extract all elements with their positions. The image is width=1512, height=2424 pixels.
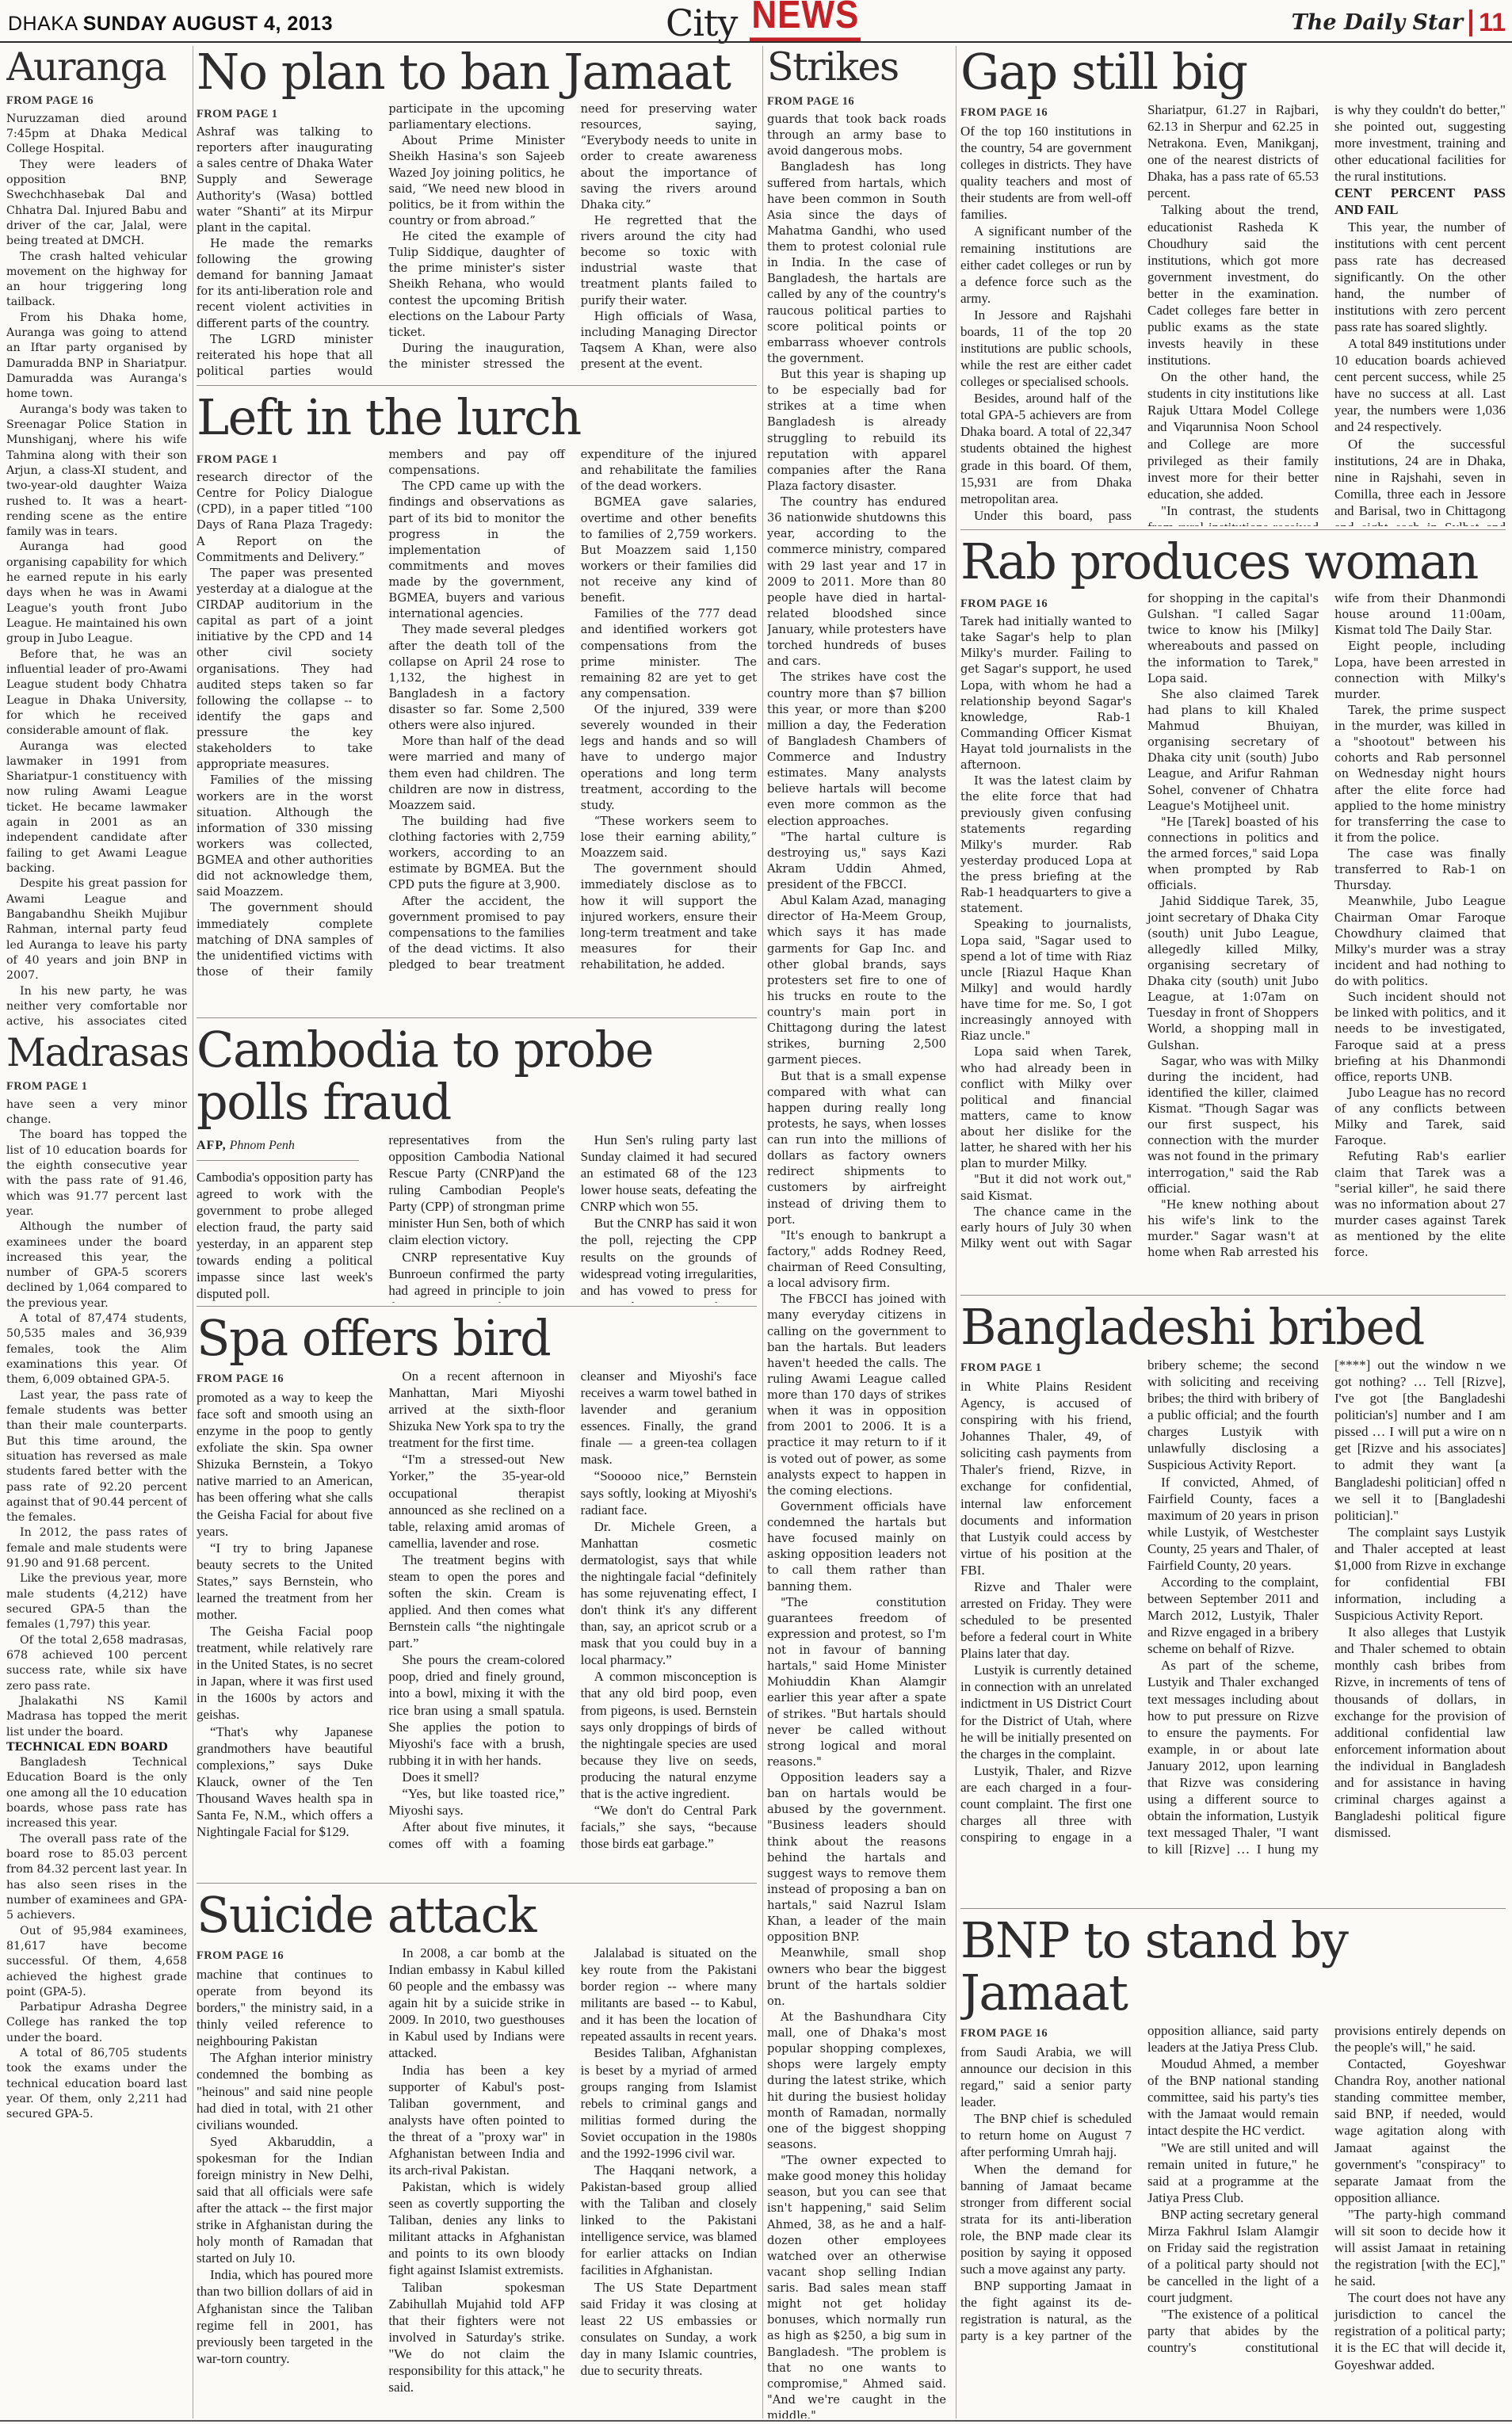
article-bnp-body: FROM PAGE 16 from Saudi Arabia, we will … [960,2022,1506,2373]
article-auranga: Auranga FROM PAGE 16 Nuruzzaman died aro… [6,46,187,1029]
article-gap: Gap still big FROM PAGE 16 Of the top 16… [960,46,1506,526]
article-divider [960,1295,1506,1296]
paragraph: In 2008, a car bomb at the Indian embass… [388,1945,564,2062]
article-suicide-kicker: FROM PAGE 16 [197,1949,372,1964]
paragraph: On the other hand, the students in city … [1147,368,1319,502]
paragraph: Meanwhile, Jubo League Chairman Omar Far… [1334,894,1506,990]
masthead-rule [0,41,1512,43]
paragraph: Meanwhile, small shop owners who bear th… [767,1945,946,2010]
article-strikes-kicker: FROM PAGE 16 [767,94,946,109]
paragraph: A significant number of the remaining in… [960,223,1132,306]
paragraph: She pours the cream-colored poop, dried … [388,1651,564,1769]
article-auranga-headline: Auranga [6,46,187,89]
article-cambodia-byline: AFP, Phnom Penh [197,1138,359,1161]
paragraph: Eight people, including Lopa, have been … [1334,639,1506,703]
paragraph: He cited the example of Tulip Siddique, … [388,229,564,341]
paragraph: CNRP representative Kuy Bunroeun confirm… [388,1249,564,1303]
article-suicide: Suicide attack FROM PAGE 16 machine that… [197,1889,757,2418]
paragraph: A total of 86,705 students took the exam… [6,2046,187,2123]
page-number: 11 [1479,8,1506,37]
paragraph: Families of the missing workers are in t… [197,773,372,900]
paragraph: Of the injured, 339 were severely wounde… [581,702,757,814]
paragraph: When the demand for banning of Jamaat be… [960,2161,1132,2278]
article-jamaat-body: FROM PAGE 1 Ashraf was talking to report… [197,101,757,380]
paragraph: He made the remarks following the growin… [197,236,372,332]
paragraph: Nuruzzaman died around 7:45pm at Dhaka M… [6,112,187,158]
article-bribed: Bangladeshi bribed FROM PAGE 1 in White … [960,1301,1506,1905]
article-suicide-text: machine that continues to operate from b… [197,1945,757,2395]
paragraph: CENT PERCENT PASS AND FAIL [1334,185,1506,218]
paragraph: Tarek had initially wanted to take Sagar… [960,614,1132,773]
masthead-right: The Daily Star 11 [1292,8,1506,37]
paragraph: But that is a small expense compared wit… [767,1069,946,1228]
article-spa-body: FROM PAGE 16 promoted as a way to keep t… [197,1368,757,1852]
paragraph: India has been a key supporter of Kabul'… [388,2062,564,2179]
paragraph: Besides, around half of the total GPA-5 … [960,390,1132,507]
paragraph: In 2012, the pass rates of female and ma… [6,1525,187,1571]
section-title: City NEWS [666,0,861,42]
paragraph: Jahid Siddique Tarek, 35, joint secretar… [1147,894,1319,1053]
paragraph: The building had five clothing factories… [388,814,564,894]
paragraph: "The constitution guarantees freedom of … [767,1595,946,1770]
paragraph: A common misconception is that any old b… [581,1668,757,1802]
article-rab-text: Tarek had initially wanted to take Sagar… [960,591,1506,1261]
paragraph: But this year is shaping up to be especi… [767,367,946,494]
article-spa-text: promoted as a way to keep the face soft … [197,1368,757,1852]
article-bribed-body: FROM PAGE 1 in White Plains Resident Age… [960,1357,1506,1857]
paragraph: "It's enough to bankrupt a factory," add… [767,1228,946,1292]
article-madrasas-headline: Madrasas [6,1032,187,1075]
paper-name: The Daily Star [1292,10,1464,35]
paragraph: The case was finally transferred to Rab-… [1334,846,1506,894]
paragraph: “These workers seem to lose their earnin… [581,814,757,861]
paragraph: About Prime Minister Sheikh Hasina's son… [388,133,564,229]
article-divider [960,1908,1506,1909]
article-rab: Rab produces woman FROM PAGE 16 Tarek ha… [960,536,1506,1292]
article-gap-body: FROM PAGE 16 Of the top 160 institutions… [960,101,1506,526]
masthead-city-label: DHAKA [8,13,77,35]
paragraph: “Yes, but like toasted rice,” Miyoshi sa… [388,1785,564,1819]
paragraph: TECHNICAL EDN BOARD [6,1740,187,1755]
paragraph: Contacted, Goyeshwar Chandra Roy, anothe… [1334,2056,1506,2206]
paragraph: The strikes have cost the country more t… [767,670,946,829]
paragraph: This year, the number of institutions wi… [1334,219,1506,336]
article-lurch-kicker: FROM PAGE 1 [197,452,372,468]
article-jamaat-headline: No plan to ban Jamaat [197,46,757,98]
paragraph: India, which has poured more than two bi… [197,2266,372,2366]
column-rule [193,46,193,2418]
paragraph: Jhalakathi NS Kamil Madrasa has topped t… [6,1694,187,1740]
paragraph: "The hartal culture is destroying us," s… [767,830,946,894]
paragraph: Lopa said when Tarek, who had already be… [960,1044,1132,1172]
paragraph: The Geisha Facial poop treatment, while … [197,1623,372,1723]
paragraph: "He [Tarek] boasted of his connections i… [1147,815,1319,895]
paragraph: "The party-high command will sit soon to… [1334,2206,1506,2289]
article-bnp-headline: BNP to stand by Jamaat [960,1914,1506,2019]
paragraph: Speaking to journalists, Lopa said, "Sag… [960,917,1132,1044]
paragraph: Like the previous year, more male studen… [6,1571,187,1632]
article-madrasas-text: have seen a very minor change.The board … [6,1097,187,2123]
paragraph: from Saudi Arabia, we will announce our … [960,2044,1132,2110]
paragraph: Lustyik is currently detained in connect… [960,1662,1132,1762]
article-rab-kicker: FROM PAGE 16 [960,596,1132,612]
article-divider [197,1306,757,1307]
article-gap-kicker: FROM PAGE 16 [960,106,1132,120]
article-gap-headline: Gap still big [960,46,1506,98]
paragraph: Taliban spokesman Zabihullah Mujahid tol… [388,2279,564,2396]
paragraph: promoted as a way to keep the face soft … [197,1389,372,1540]
paragraph: Refuting Rab's earlier claim that Tarek … [1334,1149,1506,1261]
page-bottom-rule [0,2420,1512,2422]
article-spa: Spa offers bird FROM PAGE 16 promoted as… [197,1312,757,1880]
article-jamaat: No plan to ban Jamaat FROM PAGE 1 Ashraf… [197,46,757,382]
article-gap-text: Of the top 160 institutions in the count… [960,101,1506,526]
paragraph: Bangladesh has long suffered from hartal… [767,159,946,367]
paragraph: If convicted, Ahmed, of Fairfield County… [1147,1474,1319,1574]
paragraph: The overall pass rate of the board rose … [6,1832,187,1924]
paragraph: Government officials have condemned the … [767,1499,946,1595]
paragraph: The crash halted vehicular movement on t… [6,250,187,311]
paragraph: Sagar, who was with Milky during the inc… [1147,1054,1319,1197]
paragraph: In his new party, he was neither very co… [6,984,187,1029]
paragraph: The country has endured 36 nationwide sh… [767,494,946,670]
paragraph: Out of 95,984 examinees, 81,617 have bec… [6,1924,187,2001]
paragraph: Of the total 2,658 madrasas, 678 achieve… [6,1633,187,1694]
paragraph: Despite his great passion for Awami Leag… [6,876,187,983]
paragraph: in White Plains Resident Agency, is accu… [960,1378,1132,1578]
newspaper-page: { "masthead": { "city_label": "DHAKA", "… [0,0,1512,2424]
paragraph: The Afghan interior ministry condemned t… [197,2049,372,2132]
article-lurch-text: research director of the Centre for Poli… [197,447,757,980]
paragraph: Bangladesh Technical Education Board is … [6,1755,187,1832]
paragraph: BNP acting secretary general Mirza Fakhr… [1147,2206,1319,2306]
article-divider [197,385,757,386]
paragraph: BGMEA gave salaries, overtime and other … [581,494,757,606]
paragraph: Hun Sen's ruling party last Sunday claim… [581,1132,757,1215]
article-cambodia: Cambodia to probe polls fraud AFP, Phnom… [197,1024,757,1303]
article-jamaat-text: Ashraf was talking to reporters after in… [197,101,757,380]
paragraph: Ashraf was talking to reporters after in… [197,124,372,236]
paragraph: “We don't do Central Park facials,” she … [581,1802,757,1852]
article-suicide-headline: Suicide attack [197,1889,757,1941]
paragraph: The complaint says Lustyik and Thaler ac… [1334,1524,1506,1624]
paragraph: The FBCCI has joined with many everyday … [767,1292,946,1499]
paragraph: It also alleges that Lustyik and Thaler … [1334,1624,1506,1841]
masthead-date-text: SUNDAY AUGUST 4, 2013 [83,13,333,35]
article-bribed-headline: Bangladeshi bribed [960,1301,1506,1353]
paragraph: research director of the Centre for Poli… [197,470,372,566]
article-cambodia-body: AFP, Phnom Penh Cambodia's opposition pa… [197,1132,757,1303]
paragraph: The Haqqani network, a Pakistan-based gr… [581,2162,757,2279]
paragraph: They made several pledges after the deat… [388,622,564,734]
paragraph: From his Dhaka home, Auranga was going t… [6,311,187,403]
article-bnp-kicker: FROM PAGE 16 [960,2027,1132,2041]
article-divider [197,1017,757,1018]
article-spa-headline: Spa offers bird [197,1312,757,1365]
paragraph: Auranga's body was taken to Sreenagar Po… [6,403,187,540]
column-rule [762,46,763,2418]
paragraph: Cambodia's opposition party has agreed t… [197,1169,372,1303]
paragraph: At the Bashundhara City mall, one of Dha… [767,2010,946,2153]
paragraph: Auranga had good organising capability f… [6,540,187,647]
paragraph: A total 849 institutions under 10 educat… [1334,335,1506,435]
paragraph: It was the latest claim by the elite for… [960,773,1132,917]
paragraph: Moudud Ahmed, a member of the BNP nation… [1147,2056,1319,2139]
paragraph: On a recent afternoon in Manhattan, Mari… [388,1368,564,1451]
paragraph: Tarek, the prime suspect in the murder, … [1334,703,1506,846]
article-strikes-body: FROM PAGE 16 guards that took back roads… [767,94,946,2418]
column-rule [956,46,956,2418]
paragraph: guards that took back roads through an a… [767,112,946,159]
byline-place: Phnom Penh [230,1139,295,1152]
paragraph: have seen a very minor change. [6,1097,187,1128]
paragraph: Jubo League has no record of any conflic… [1334,1086,1506,1150]
article-madrasas: Madrasas FROM PAGE 1 have seen a very mi… [6,1032,187,2418]
article-rab-headline: Rab produces woman [960,536,1506,588]
paragraph: Of the top 160 institutions in the count… [960,123,1132,223]
article-bribed-text: in White Plains Resident Agency, is accu… [960,1357,1506,1857]
paragraph: The CPD came up with the findings and ob… [388,479,564,622]
paragraph: Besides Taliban, Afghanistan is beset by… [581,2044,757,2162]
paragraph: But the CNRP has said it won the poll, r… [581,1215,757,1303]
paragraph: The treatment begins with steam to open … [388,1552,564,1651]
paragraph: Before that, he was an influential leade… [6,647,187,739]
paragraph: The BNP chief is scheduled to return hom… [960,2110,1132,2160]
page-number-divider [1469,10,1472,36]
paragraph: A total of 87,474 students, 50,535 males… [6,1311,187,1388]
paragraph: Families of the 777 dead and identified … [581,606,757,702]
article-auranga-kicker: FROM PAGE 16 [6,94,187,109]
paragraph: “That's why Japanese grandmothers have b… [197,1724,372,1841]
paragraph: Syed Akbaruddin, a spokesman for the Ind… [197,2133,372,2267]
article-strikes-text: guards that took back roads through an a… [767,112,946,2418]
paragraph: Pakistan, which is widely seen as covert… [388,2178,564,2278]
section-title-city: City [666,4,737,42]
paragraph: “I'm a stressed-out New Yorker,” the 35-… [388,1451,564,1551]
article-bnp: BNP to stand by Jamaat FROM PAGE 16 from… [960,1914,1506,2418]
paragraph: Talking about the trend, educationist Ra… [1147,201,1319,368]
article-madrasas-body: FROM PAGE 1 have seen a very minor chang… [6,1079,187,2123]
paragraph: Such incident should not be linked with … [1334,990,1506,1086]
paragraph: Of the successful institutions, 24 are i… [1334,436,1506,526]
paragraph: Rizve and Thaler were arrested on Friday… [960,1578,1132,1662]
paragraph: Abul Kalam Azad, managing director of Ha… [767,893,946,1068]
paragraph: Dr. Michele Green, a Manhattan cosmetic … [581,1518,757,1669]
paragraph: He regretted that the rivers around the … [581,213,757,309]
article-lurch: Left in the lurch FROM PAGE 1 research d… [197,391,757,1014]
article-lurch-body: FROM PAGE 1 research director of the Cen… [197,447,757,980]
article-rab-body: FROM PAGE 16 Tarek had initially wanted … [960,591,1506,1261]
paragraph: The US State Department said Friday it w… [581,2279,757,2379]
paragraph: "The owner expected to make good money t… [767,2153,946,2418]
paragraph: "We are still united and will remain uni… [1147,2140,1319,2206]
section-title-news: NEWS [750,0,861,42]
masthead-date: DHAKA SUNDAY AUGUST 4, 2013 [8,13,333,36]
paragraph: They were leaders of opposition BNP, Swe… [6,158,187,250]
article-madrasas-kicker: FROM PAGE 1 [6,1079,187,1095]
article-auranga-text: Nuruzzaman died around 7:45pm at Dhaka M… [6,112,187,1029]
paragraph: In Jessore and Rajshahi boards, 11 of th… [960,307,1132,390]
paragraph: Jalalabad is situated on the key route f… [581,1945,757,2044]
article-spa-kicker: FROM PAGE 16 [197,1372,372,1387]
paragraph: The government should immediately disclo… [581,861,757,973]
paragraph: “Sooooo nice,” Bernstein says softly, lo… [581,1468,757,1517]
masthead: DHAKA SUNDAY AUGUST 4, 2013 City NEWS Th… [0,0,1512,43]
article-lurch-headline: Left in the lurch [197,391,757,444]
paragraph: High officials of Wasa, including Managi… [581,309,757,373]
article-bnp-text: from Saudi Arabia, we will announce our … [960,2022,1506,2373]
paragraph: Although the number of examinees under t… [6,1220,187,1311]
paragraph: Last year, the pass rate of female stude… [6,1388,187,1526]
article-suicide-body: FROM PAGE 16 machine that continues to o… [197,1945,757,2395]
article-strikes: Strikes FROM PAGE 16 guards that took ba… [767,46,946,2418]
paragraph: Auranga was elected lawmaker in 1991 fro… [6,739,187,877]
paragraph: More than half of the dead were married … [388,734,564,814]
article-jamaat-kicker: FROM PAGE 1 [197,106,372,122]
paragraph: According to the complaint, between Sept… [1147,1574,1319,1657]
paragraph: Parbatipur Adrasha Degree College has ra… [6,2000,187,2046]
paragraph: Does it smell? [388,1769,564,1785]
article-divider [960,529,1506,530]
byline-agency: AFP, [197,1139,227,1152]
article-strikes-headline: Strikes [767,46,946,89]
paragraph: The court does not have any jurisdiction… [1334,2289,1506,2372]
paragraph: She also claimed Tarek had plans to kill… [1147,687,1319,815]
paragraph: Opposition leaders say a ban on hartals … [767,1770,946,1945]
article-auranga-body: FROM PAGE 16 Nuruzzaman died around 7:45… [6,94,187,1029]
paragraph: The paper was presented yesterday at a d… [197,566,372,773]
paragraph: The board has topped the list of 10 educ… [6,1128,187,1220]
paragraph: machine that continues to operate from b… [197,1966,372,2049]
article-cambodia-headline: Cambodia to probe polls fraud [197,1024,757,1128]
article-divider [197,1883,757,1884]
paragraph: “I try to bring Japanese beauty secrets … [197,1540,372,1623]
paragraph: "But it did not work out," said Kismat. [960,1172,1132,1204]
article-bribed-kicker: FROM PAGE 1 [960,1361,1132,1376]
